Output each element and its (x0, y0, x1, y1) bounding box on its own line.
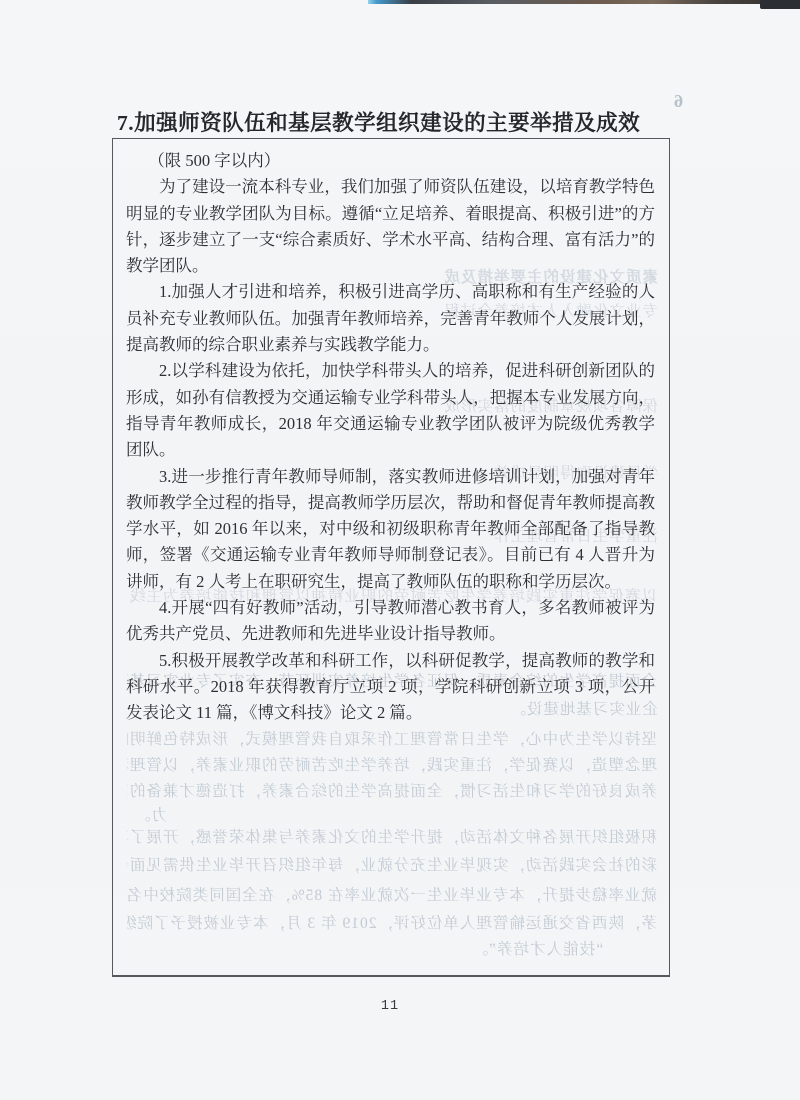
paragraph: 1.加强人才引进和培养，积极引进高学历、高职称和有生产经验的人员补充专业教师队伍… (126, 279, 655, 358)
bleedthrough-text: 理念塑造，以赛促学，注重实践，培养学生吃苦耐劳的职业素养，以管理和技能 (127, 753, 657, 775)
scanner-edge-artifact (368, 0, 800, 4)
bleedthrough-text: 养成良好的学习和生活习惯，全面提高学生的综合素养，打造德才兼备的高素质 (127, 779, 657, 801)
paragraph: 3.进一步推行青年教师导师制，落实教师进修培训计划，加强对青年教师教学全过程的指… (126, 464, 655, 595)
paragraph: 4.开展“四有好教师”活动，引导教师潜心教书育人，多名教师被评为优秀共产党员、先… (126, 595, 655, 648)
paragraph: 为了建设一流本科专业，我们加强了师资队伍建设，以培育教学特色明显的专业教学团队为… (126, 174, 655, 279)
scanned-document-page: { "page": { "title": "7.加强师资队伍和基层教学组织建设的… (0, 0, 800, 1100)
bleedthrough-text: 坚持以学生为中心，学生日常管理工作采取自我管理模式，形成特色鲜明的管 (127, 727, 657, 749)
bleedthrough-text: 积极组织开展各种文体活动，提升学生的文化素养与集体荣誉感，开展了丰富 (127, 825, 657, 847)
bleedthrough-text: 就业率稳步提升，本专业毕业生一次就业率在 85%，在全国同类院校中名列 (127, 883, 657, 905)
bleedthrough-text: 茅，陕西省交通运输管理人单位好评，2019 年 3 月，本专业被授予了院级 (127, 911, 657, 933)
section-title: 7.加强师资队伍和基层教学组织建设的主要举措及成效 (117, 106, 717, 137)
bleedthrough-text: 彩的社会实践活动，实现毕业生充分就业，每年组织召开毕业生供需见面会， (127, 853, 657, 875)
bleedthrough-text: “技能人才培养”。 (443, 937, 603, 959)
paragraph: 5.积极开展教学改革和科研工作，以科研促教学，提高教师的教学和科研水平。2018… (126, 648, 655, 727)
answer-box: 6 素质文化建设的主要举措及成效 专业文化融入人才培养全过程 保障各项规章制度的… (112, 138, 670, 977)
bleedthrough-text: 力。 (127, 803, 167, 825)
scanner-corner-artifact (760, 0, 800, 9)
paragraph: 2.以学科建设为依托，加快学科带头人的培养，促进科研创新团队的形成，如孙有信教授… (126, 358, 655, 463)
answer-text: （限 500 字以内） 为了建设一流本科专业，我们加强了师资队伍建设，以培育教学… (113, 139, 669, 727)
page-number: 11 (0, 999, 780, 1014)
word-limit-note: （限 500 字以内） (126, 148, 655, 174)
